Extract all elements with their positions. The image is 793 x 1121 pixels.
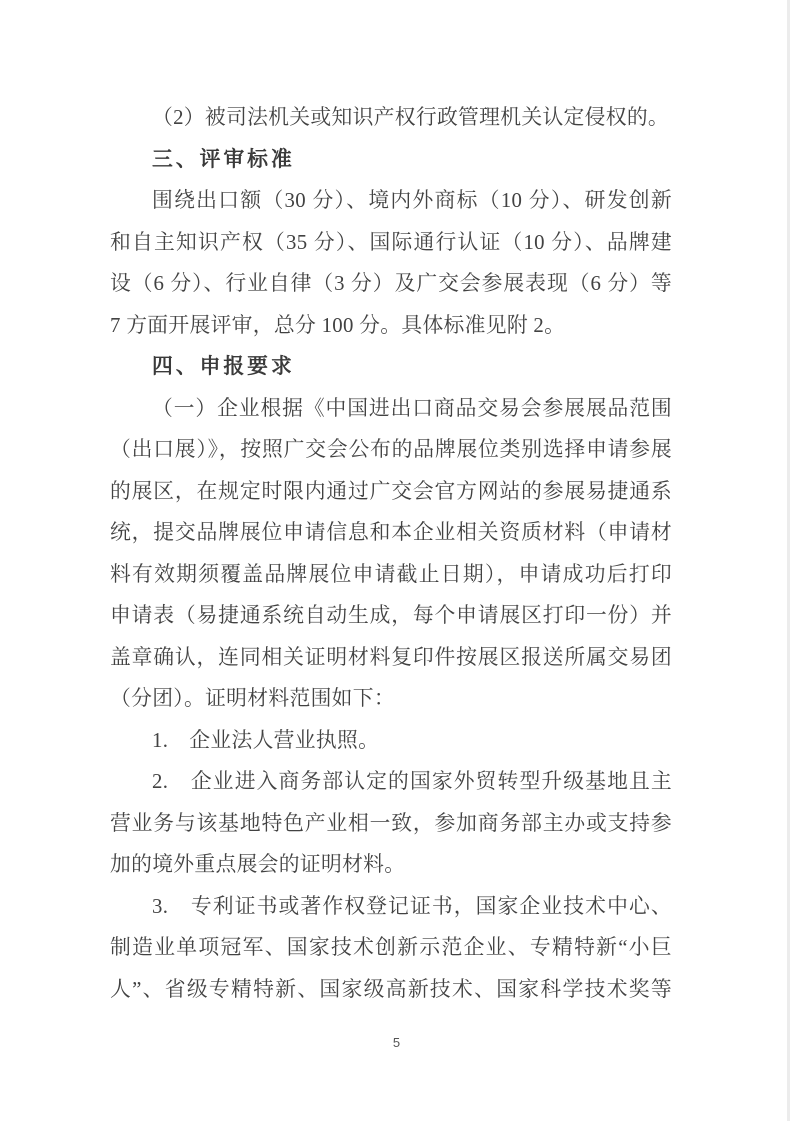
text-line: 7 方面开展评审，总分 100 分。具体标准见附 2。 (110, 305, 672, 347)
text-line: 盖章确认，连同相关证明材料复印件按展区报送所属交易团 (110, 637, 672, 679)
scan-edge-artifact (787, 0, 790, 1121)
text-line: 设（6 分）、行业自律（3 分）及广交会参展表现（6 分）等 (110, 263, 672, 305)
section-heading-application-requirements: 四、申报要求 (110, 346, 672, 388)
text-line: （分团）。证明材料范围如下： (110, 678, 672, 720)
list-item-2: 2. 企业进入商务部认定的国家外贸转型升级基地且主 (110, 761, 672, 803)
text-line: 营业务与该基地特色产业相一致，参加商务部主办或支持参 (110, 803, 672, 845)
text-line: （一）企业根据《中国进出口商品交易会参展展品范围 (110, 388, 672, 430)
document-page: （2）被司法机关或知识产权行政管理机关认定侵权的。 三、评审标准 围绕出口额（3… (0, 0, 793, 1121)
text-line: 和自主知识产权（35 分）、国际通行认证（10 分）、品牌建 (110, 222, 672, 264)
text-line: （出口展）》，按照广交会公布的品牌展位类别选择申请参展 (110, 429, 672, 471)
text-line: 人”、省级专精特新、国家级高新技术、国家科学技术奖等 (110, 969, 672, 1011)
page-number: 5 (0, 1035, 793, 1050)
text-line: 申请表（易捷通系统自动生成，每个申请展区打印一份）并 (110, 595, 672, 637)
document-body: （2）被司法机关或知识产权行政管理机关认定侵权的。 三、评审标准 围绕出口额（3… (110, 97, 672, 1010)
list-item-1: 1. 企业法人营业执照。 (110, 720, 672, 762)
text-line: 的展区，在规定时限内通过广交会官方网站的参展易捷通系 (110, 471, 672, 513)
text-line: 加的境外重点展会的证明材料。 (110, 844, 672, 886)
text-line: （2）被司法机关或知识产权行政管理机关认定侵权的。 (110, 97, 672, 139)
text-line: 围绕出口额（30 分）、境内外商标（10 分）、研发创新 (110, 180, 672, 222)
section-heading-review-criteria: 三、评审标准 (110, 139, 672, 181)
list-item-3: 3. 专利证书或著作权登记证书，国家企业技术中心、 (110, 886, 672, 928)
text-line: 料有效期须覆盖品牌展位申请截止日期），申请成功后打印 (110, 554, 672, 596)
text-line: 制造业单项冠军、国家技术创新示范企业、专精特新“小巨 (110, 927, 672, 969)
text-line: 统，提交品牌展位申请信息和本企业相关资质材料（申请材 (110, 512, 672, 554)
